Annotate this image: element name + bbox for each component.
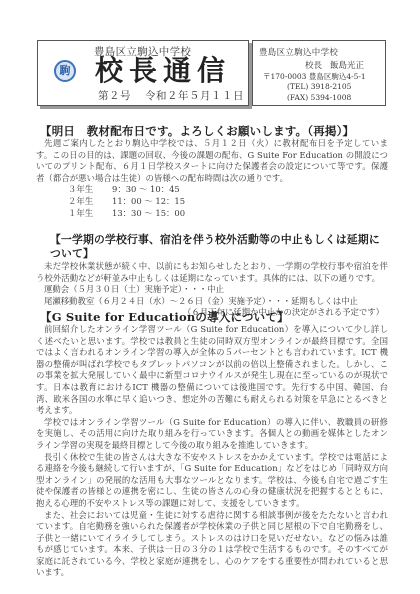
distribution-schedule: ３年生9：30 ～ 10：45 ２年生11：00 ～ 12：15 １年生13：3… [36, 184, 388, 219]
info-tel: (TEL) 3918-2105 [287, 82, 351, 91]
section-event-cancellation: 【一学期の学校行事、宿泊を伴う校外活動等の中止もしくは延期について】 未だ学校休… [36, 233, 388, 319]
schedule-row: １年生13：30 ～ 15：00 [36, 208, 388, 220]
section-heading: 【一学期の学校行事、宿泊を伴う校外活動等の中止もしくは延期について】 [50, 233, 388, 261]
section-paragraph: 未だ学校休業状態が続く中、以前にもお知らせしたとおり、一学期の学校行事や宿泊を伴… [36, 261, 388, 284]
schedule-time: 13：30 ～ 15：00 [112, 208, 185, 218]
newsletter-title: 校長通信 [95, 55, 231, 87]
schedule-row: ２年生11：00 ～ 12：15 [36, 196, 388, 208]
principal-title: 校長 [305, 61, 322, 71]
issue-date: 令和２年５月１１日 [145, 90, 244, 102]
schedule-grade: １年生 [68, 208, 112, 220]
section-paragraph: 先週ご案内したとおり駒込中学校では、５月１２日（火）に教材配布日を予定しています… [36, 138, 388, 184]
event-item: 尾瀬移動教室（６月２４日（水）～２６日（金）実施予定）・・・延期もしくは中止 [36, 296, 388, 308]
school-info-box: 豊島区立駒込中学校 校長飯島光正 〒170-0003 豊島区駒込4-5-1 (T… [252, 40, 386, 106]
event-item: 運動会（５月３０日（土）実施予定）・・・中止 [36, 284, 388, 296]
info-address: 〒170-0003 豊島区駒込4-5-1 [263, 71, 366, 82]
newsletter-title-box: 駒 豊島区立駒込中学校 校長通信 第２号令和２年５月１１日 [37, 40, 249, 106]
schedule-row: ３年生9：30 ～ 10：45 [36, 184, 388, 196]
emblem-glyph: 駒 [56, 62, 74, 80]
section-material-distribution: 【明日 教材配布日です。よろしくお願いします。（再掲）】 先週ご案内したとおり駒… [36, 124, 388, 219]
schedule-grade: ３年生 [68, 184, 112, 196]
info-principal: 校長飯島光正 [305, 59, 364, 71]
issue-number: 第２号 [98, 90, 131, 102]
issue-line: 第２号令和２年５月１１日 [98, 88, 244, 103]
section-paragraph: また、社会においては児童・生徒に対する虐待に関する相談事例が後をたたないと言われ… [36, 510, 388, 580]
schedule-time: 9：30 ～ 10：45 [112, 184, 180, 194]
section-paragraph: 長引く休校で生徒の皆さんは大きな不安やストレスをかかえています。学校では電話によ… [36, 452, 388, 510]
info-school-name: 豊島区立駒込中学校 [259, 46, 338, 58]
section-paragraph: 学校ではオンライン学習ツール（G Suite for Education）の導入… [36, 417, 388, 452]
schedule-grade: ２年生 [68, 196, 112, 208]
section-paragraph: 前回紹介したオンライン学習ツール（G Suite for Education）を… [36, 324, 388, 417]
info-fax: (FAX) 5394-1008 [287, 93, 351, 102]
newsletter-page: 駒 豊島区立駒込中学校 校長通信 第２号令和２年５月１１日 豊島区立駒込中学校 … [0, 0, 420, 594]
section-heading: 【G Suite for Educationの導入について】 [40, 310, 388, 324]
principal-name: 飯島光正 [330, 61, 364, 71]
school-emblem-icon: 駒 [54, 60, 76, 82]
section-gsuite: 【G Suite for Educationの導入について】 前回紹介したオンラ… [36, 310, 388, 579]
section-heading: 【明日 教材配布日です。よろしくお願いします。（再掲）】 [40, 124, 388, 138]
schedule-time: 11：00 ～ 12：15 [112, 196, 185, 206]
